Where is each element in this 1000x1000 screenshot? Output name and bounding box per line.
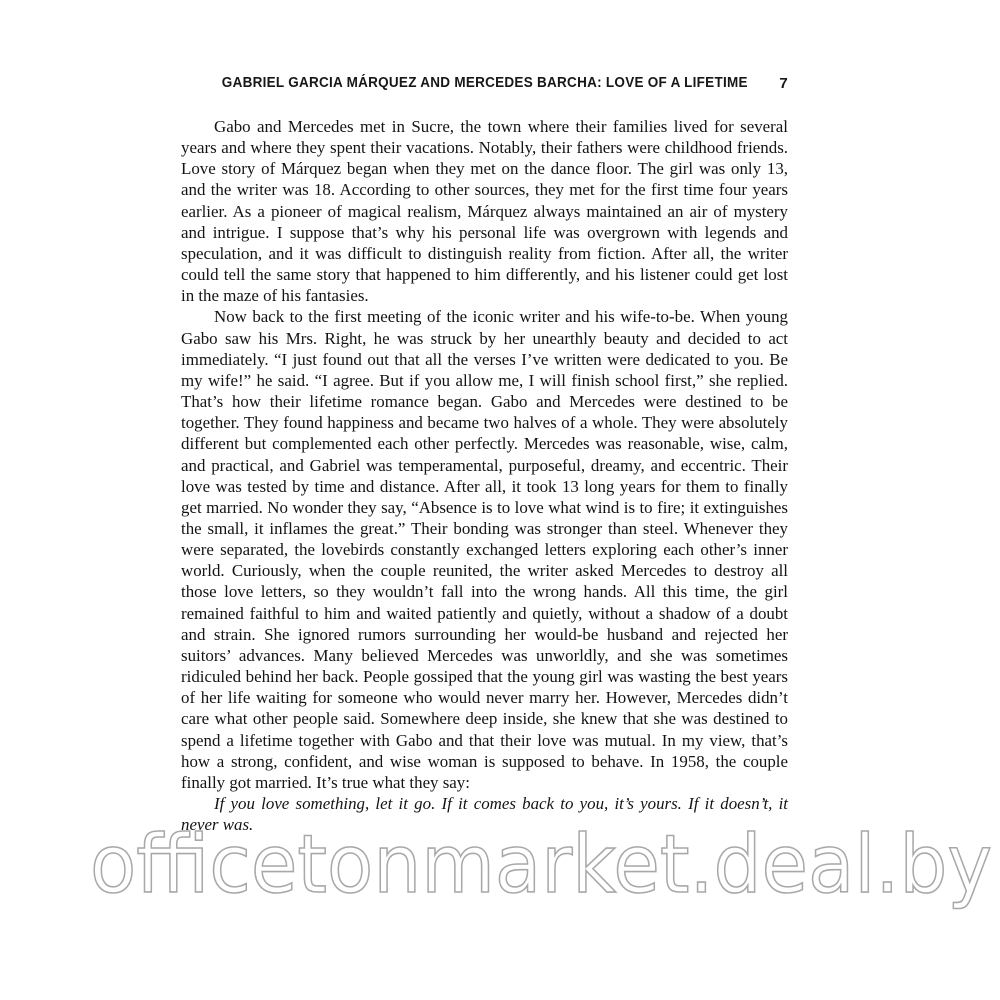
watermark-text: officetonmarket.deal.by — [90, 825, 992, 905]
running-head: GABRIEL GARCIA MÁRQUEZ AND MERCEDES BARC… — [181, 75, 788, 91]
paragraph: Gabo and Mercedes met in Sucre, the town… — [181, 116, 788, 306]
chapter-title: GABRIEL GARCIA MÁRQUEZ AND MERCEDES BARC… — [221, 75, 747, 91]
pull-quote: If you love something, let it go. If it … — [181, 793, 788, 835]
book-page: GABRIEL GARCIA MÁRQUEZ AND MERCEDES BARC… — [0, 0, 1000, 1000]
page-number: 7 — [779, 75, 788, 92]
paragraph: Now back to the first meeting of the ico… — [181, 306, 788, 793]
body-text: Gabo and Mercedes met in Sucre, the town… — [181, 116, 788, 835]
